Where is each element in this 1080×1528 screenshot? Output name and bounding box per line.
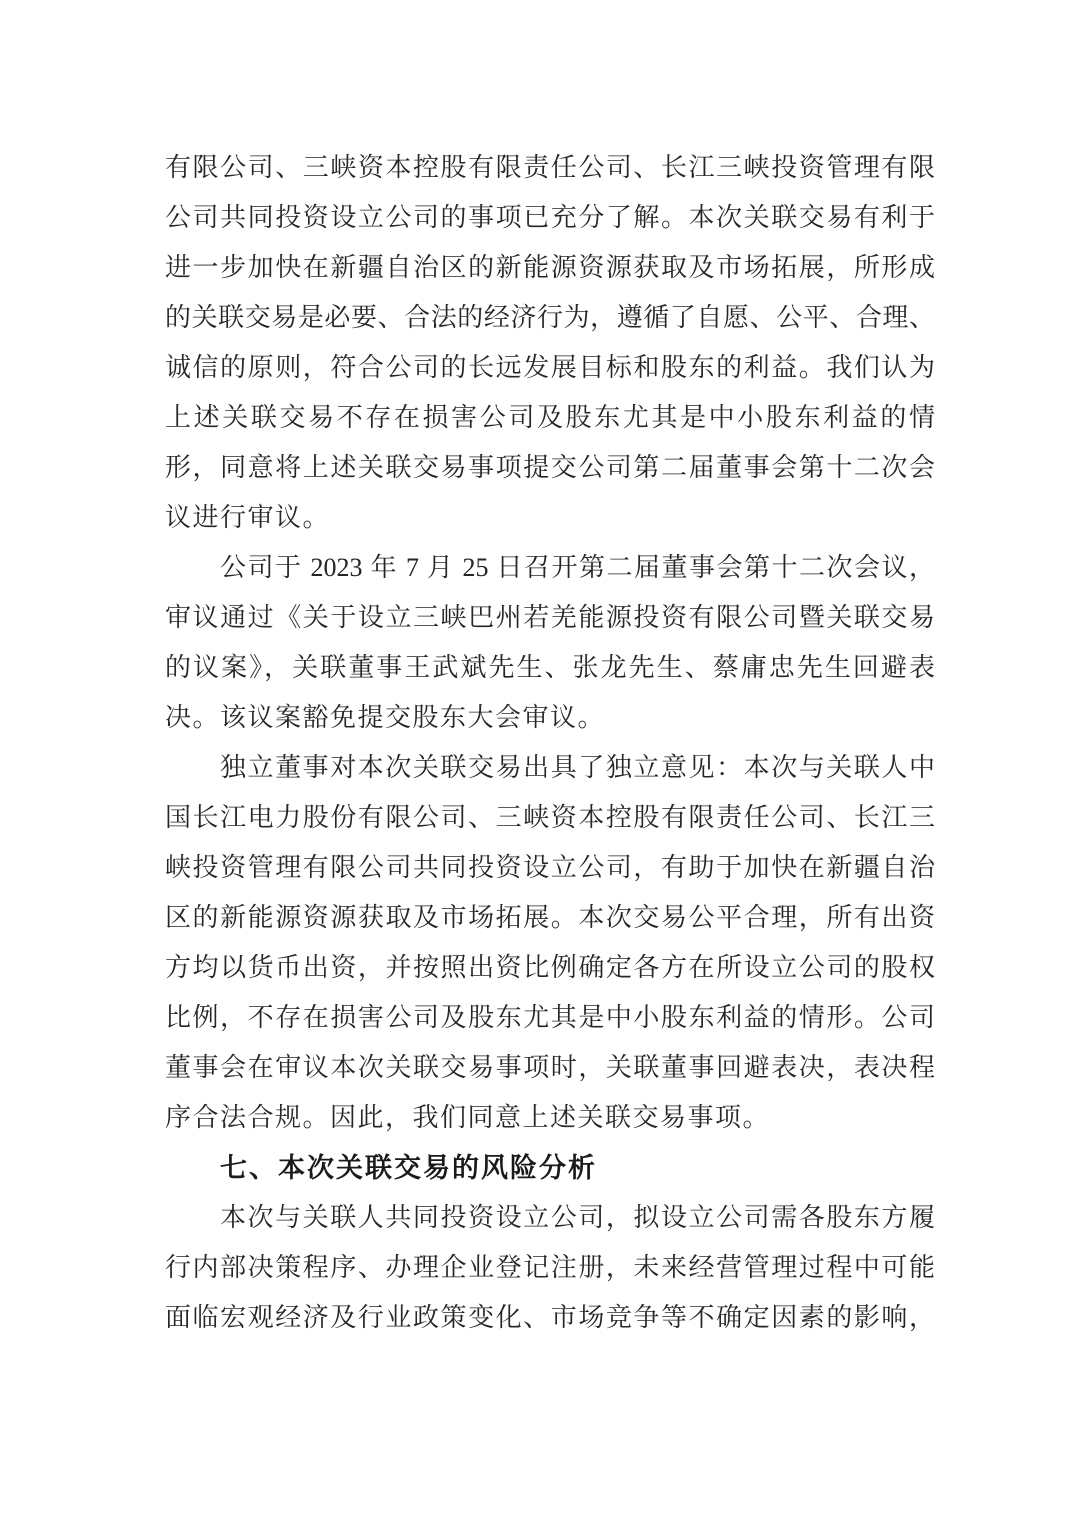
paragraph-risk-analysis: 本次与关联人共同投资设立公司，拟设立公司需各股东方履 行内部决策程序、办理企业登…	[165, 1193, 935, 1343]
text-line: 公司于 2023 年 7 月 25 日召开第二届董事会第十二次会议，	[165, 543, 935, 593]
text-line: 峡投资管理有限公司共同投资设立公司，有助于加快在新疆自治	[165, 843, 935, 893]
text-line: 公司共同投资设立公司的事项已充分了解。本次关联交易有利于	[165, 193, 935, 243]
text-line: 审议通过《关于设立三峡巴州若羌能源投资有限公司暨关联交易	[165, 593, 935, 643]
text-line: 诚信的原则，符合公司的长远发展目标和股东的利益。我们认为	[165, 343, 935, 393]
text-line: 独立董事对本次关联交易出具了独立意见：本次与关联人中	[165, 743, 935, 793]
text-line: 议进行审议。	[165, 493, 935, 543]
document-text-block: 有限公司、三峡资本控股有限责任公司、长江三峡投资管理有限 公司共同投资设立公司的…	[165, 143, 935, 1343]
text-line: 方均以货币出资，并按照出资比例确定各方在所设立公司的股权	[165, 943, 935, 993]
text-line: 比例，不存在损害公司及股东尤其是中小股东利益的情形。公司	[165, 993, 935, 1043]
text-line: 区的新能源资源获取及市场拓展。本次交易公平合理，所有出资	[165, 893, 935, 943]
text-line: 进一步加快在新疆自治区的新能源资源获取及市场拓展，所形成	[165, 243, 935, 293]
text-line: 决。该议案豁免提交股东大会审议。	[165, 693, 935, 743]
text-line: 的议案》，关联董事王武斌先生、张龙先生、蔡庸忠先生回避表	[165, 643, 935, 693]
paragraph-independent-directors-opinion: 独立董事对本次关联交易出具了独立意见：本次与关联人中 国长江电力股份有限公司、三…	[165, 743, 935, 1143]
text-line: 国长江电力股份有限公司、三峡资本控股有限责任公司、长江三	[165, 793, 935, 843]
text-line: 形，同意将上述关联交易事项提交公司第二届董事会第十二次会	[165, 443, 935, 493]
text-line: 有限公司、三峡资本控股有限责任公司、长江三峡投资管理有限	[165, 143, 935, 193]
text-line: 董事会在审议本次关联交易事项时，关联董事回避表决，表决程	[165, 1043, 935, 1093]
section-risk-analysis: 七、本次关联交易的风险分析	[165, 1143, 935, 1193]
text-line: 行内部决策程序、办理企业登记注册，未来经营管理过程中可能	[165, 1243, 935, 1293]
paragraph-continuation-opinion: 有限公司、三峡资本控股有限责任公司、长江三峡投资管理有限 公司共同投资设立公司的…	[165, 143, 935, 543]
text-line: 本次与关联人共同投资设立公司，拟设立公司需各股东方履	[165, 1193, 935, 1243]
text-line: 序合法合规。因此，我们同意上述关联交易事项。	[165, 1093, 935, 1143]
text-line: 上述关联交易不存在损害公司及股东尤其是中小股东利益的情	[165, 393, 935, 443]
section-heading: 七、本次关联交易的风险分析	[165, 1143, 935, 1193]
text-line: 的关联交易是必要、合法的经济行为，遵循了自愿、公平、合理、	[165, 293, 935, 343]
paragraph-board-meeting: 公司于 2023 年 7 月 25 日召开第二届董事会第十二次会议， 审议通过《…	[165, 543, 935, 743]
document-page: 有限公司、三峡资本控股有限责任公司、长江三峡投资管理有限 公司共同投资设立公司的…	[0, 0, 1080, 1528]
text-line: 面临宏观经济及行业政策变化、市场竞争等不确定因素的影响，	[165, 1293, 935, 1343]
